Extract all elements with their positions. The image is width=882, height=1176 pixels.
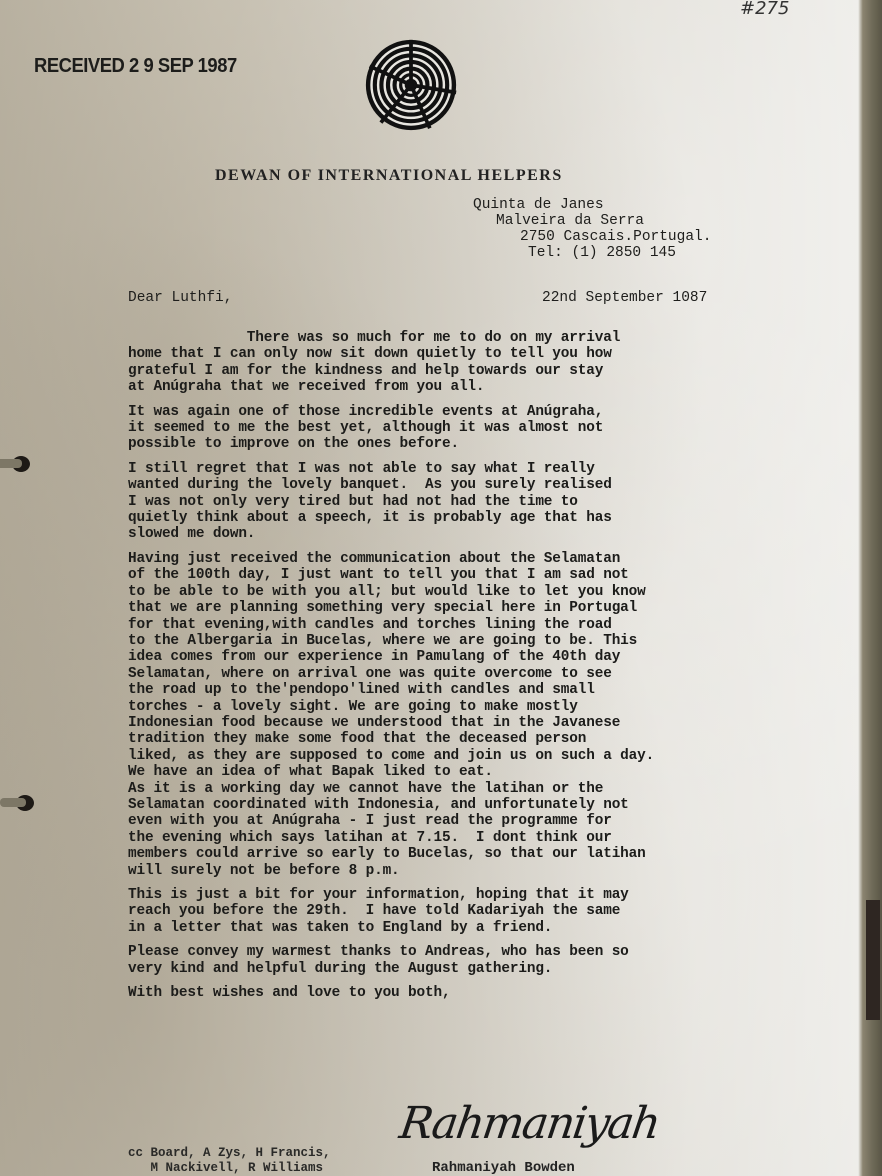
received-stamp: RECEIVED 2 9 SEP 1987	[34, 55, 237, 78]
binder-edge	[858, 0, 882, 1176]
handwritten-signature: Rahmaniyah	[396, 1098, 662, 1149]
paragraph: This is just a bit for your information,…	[128, 887, 828, 936]
address-line: 2750 Cascais.Portugal.	[520, 229, 711, 245]
address-line: Tel: (1) 2850 145	[528, 245, 676, 261]
cc-list: cc Board, A Zys, H Francis, M Nackivell,…	[128, 1146, 331, 1176]
paragraph: There was so much for me to do on my arr…	[128, 330, 828, 396]
binder-hole	[16, 795, 34, 811]
letter-body: There was so much for me to do on my arr…	[128, 330, 828, 1009]
received-date: 2 9 SEP 1987	[129, 55, 237, 77]
letter-date: 22nd September 1087	[542, 290, 707, 306]
binder-hole	[12, 456, 30, 472]
paragraph: With best wishes and love to you both,	[128, 985, 828, 1001]
salutation: Dear Luthfi,	[128, 290, 232, 306]
organization-name: DEWAN OF INTERNATIONAL HELPERS	[215, 167, 563, 185]
binder-divider	[866, 900, 880, 1020]
paragraph: Having just received the communication a…	[128, 551, 828, 879]
concentric-wheel-logo-icon	[364, 38, 458, 132]
address-line: Malveira da Serra	[496, 213, 644, 229]
signer-name: Rahmaniyah Bowden	[432, 1160, 575, 1176]
paragraph: Please convey my warmest thanks to Andre…	[128, 944, 828, 977]
letter-page: RECEIVED 2 9 SEP 1987 #275 DEWAN OF INTE…	[0, 0, 858, 1176]
paragraph: It was again one of those incredible eve…	[128, 404, 828, 453]
address-line: Quinta de Janes	[473, 197, 604, 213]
file-reference: #275	[740, 0, 789, 19]
paragraph: I still regret that I was not able to sa…	[128, 461, 828, 543]
received-label: RECEIVED	[34, 55, 124, 77]
